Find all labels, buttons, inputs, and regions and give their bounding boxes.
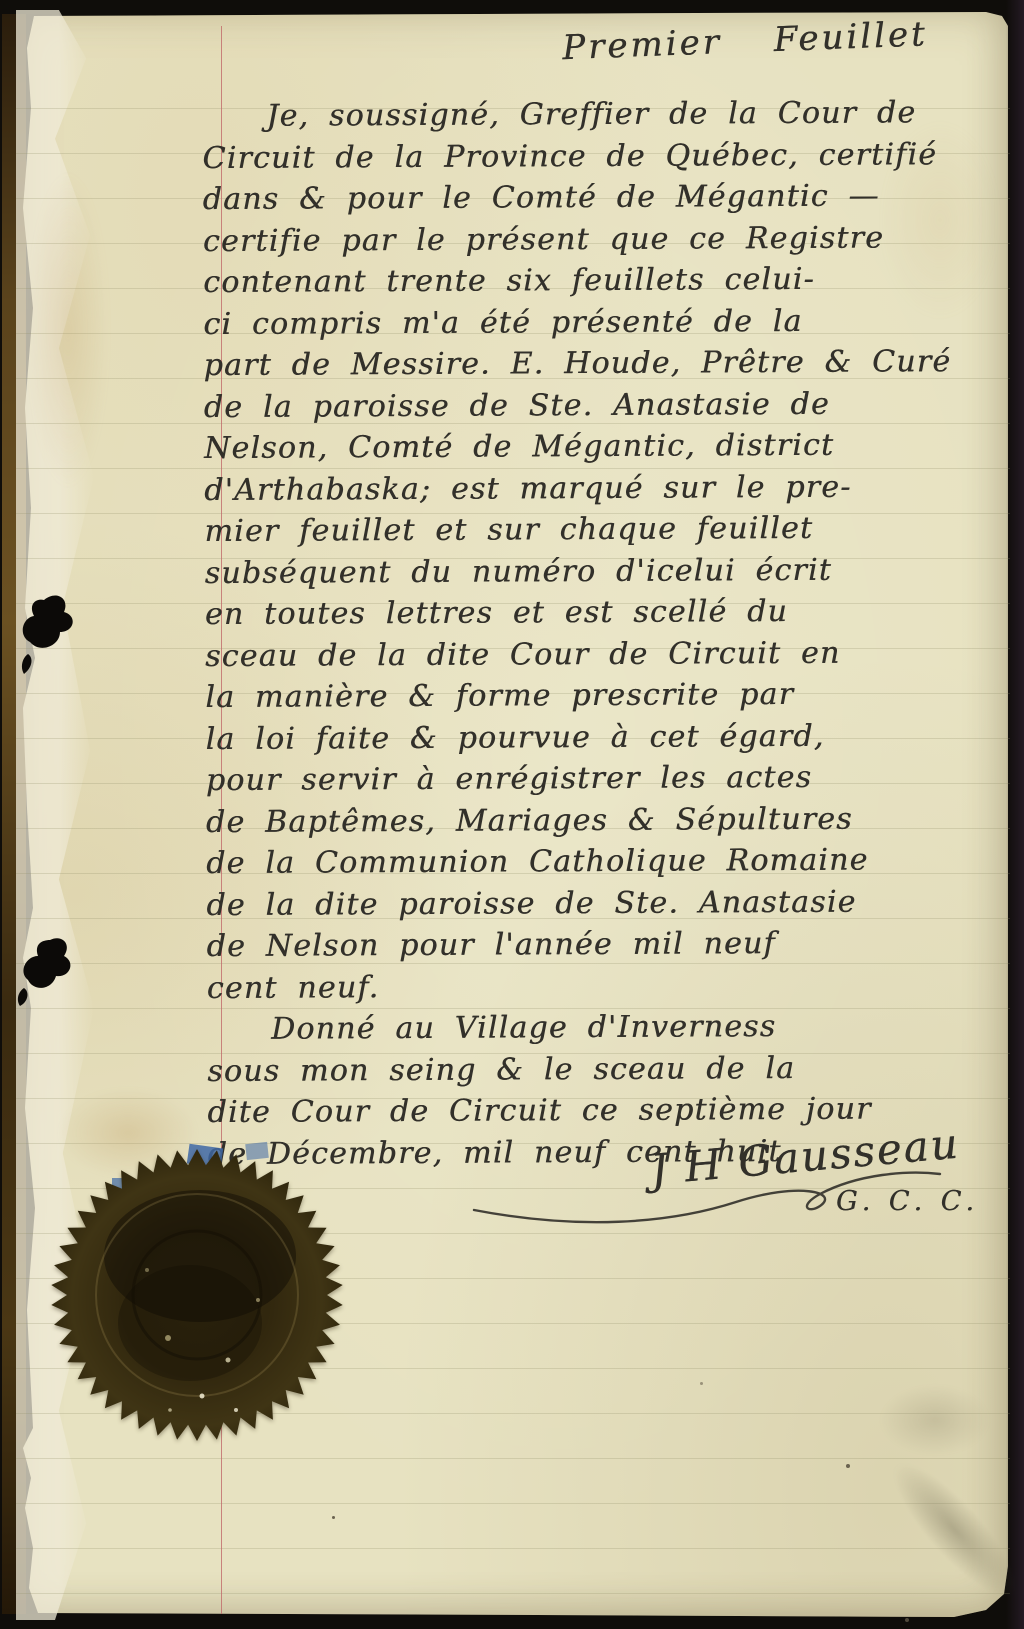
handwritten-line: sous mon seing & le sceau de la [207, 1046, 993, 1092]
document-body-text: Je, soussigné, Greffier de la Cour deCir… [202, 92, 994, 1175]
handwritten-line: subséquent du numéro d'icelui écrit [205, 548, 991, 594]
handwritten-line: Circuit de la Province de Québec, certif… [202, 133, 988, 179]
clerk-title-initials: G. C. C. [836, 1186, 979, 1217]
ink-speck [700, 1382, 703, 1385]
handwritten-line: cent neuf. [207, 963, 993, 1009]
circuit-court-embossed-seal-icon [50, 1148, 344, 1442]
handwritten-line: de Baptêmes, Mariages & Sépultures [206, 797, 992, 843]
handwritten-line: ci compris m'a été présenté de la [203, 299, 989, 345]
handwritten-line: sceau de la dite Cour de Circuit en [205, 631, 991, 677]
handwritten-line: en toutes lettres et est scellé du [205, 590, 991, 636]
handwritten-line: de Nelson pour l'année mil neuf [207, 922, 993, 968]
handwritten-line: de la paroisse de Ste. Anastasie de [204, 382, 990, 428]
ink-speck [846, 1464, 850, 1468]
page-tear-hole [16, 930, 80, 1010]
handwritten-line: Donné au Village d'Inverness [207, 1005, 993, 1051]
handwritten-line: d'Arthabaska; est marqué sur le pre- [204, 465, 990, 511]
handwritten-line: pour servir à enrégistrer les actes [206, 756, 992, 802]
handwritten-line: dans & pour le Comté de Mégantic — [203, 175, 989, 221]
handwritten-line: Je, soussigné, Greffier de la Cour de [202, 92, 988, 138]
page-tear-hole [14, 588, 78, 684]
handwritten-line: Nelson, Comté de Mégantic, district [204, 424, 990, 470]
ink-speck [905, 1618, 909, 1622]
scanned-document-page: Premier Feuillet Je, soussigné, Greffier… [0, 0, 1024, 1629]
handwritten-line: contenant trente six feuillets celui- [203, 258, 989, 304]
ink-speck [332, 1516, 335, 1519]
handwritten-line: certifie par le présent que ce Registre [203, 216, 989, 262]
handwritten-line: mier feuillet et sur chaque feuillet [204, 507, 990, 553]
handwritten-line: la loi faite & pourvue à cet égard, [205, 714, 991, 760]
handwritten-line: part de Messire. E. Houde, Prêtre & Curé [203, 341, 989, 387]
handwritten-line: de la Communion Catholique Romaine [206, 839, 992, 885]
handwritten-line: la manière & forme prescrite par [205, 673, 991, 719]
handwritten-line: de la dite paroisse de Ste. Anastasie [206, 880, 992, 926]
